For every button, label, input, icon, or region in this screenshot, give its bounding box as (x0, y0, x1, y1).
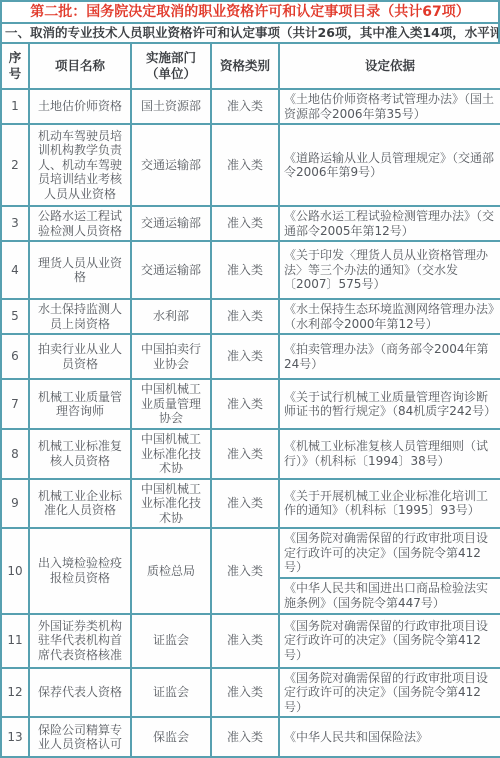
cell-basis: 《土地估价师资格考试管理办法》（国土资源部令2006年第35号） (279, 89, 500, 124)
cell-serial-no: 10 (1, 528, 29, 614)
table-row: 13保险公司精算专业人员资格认可保监会准入类《中华人民共和国保险法》 (1, 717, 500, 757)
cell-category: 准入类 (211, 717, 279, 757)
table-row: 8机械工业标准复核人员资格中国机械工业标准化技术协准入类《机械工业标准复核人员管… (1, 429, 500, 479)
cell-basis: 《拍卖管理办法》（商务部令2004年第24号） (279, 334, 500, 379)
cell-item-name: 保荐代表人资格 (29, 668, 131, 718)
cell-category: 准入类 (211, 479, 279, 529)
cell-item-name: 机动车驾驶员培训机构教学负责人、机动车驾驶员培训结业考核人员从业资格 (29, 124, 131, 206)
cell-serial-no: 4 (1, 241, 29, 299)
document-page: 第二批：国务院决定取消的职业资格许可和认定事项目录（共计67项） 一、取消的专业… (0, 0, 500, 758)
table-row: 11外国证券类机构驻华代表机构首席代表资格核准证监会准入类《国务院对确需保留的行… (1, 614, 500, 668)
cell-department: 质检总局 (131, 528, 211, 614)
table-row: 2机动车驾驶员培训机构教学负责人、机动车驾驶员培训结业考核人员从业资格交通运输部… (1, 124, 500, 206)
cell-item-name: 理货人员从业资格 (29, 241, 131, 299)
table-body: 1土地估价师资格国土资源部准入类《土地估价师资格考试管理办法》（国土资源部令20… (1, 89, 500, 757)
cell-basis: 《国务院对确需保留的行政审批项目设定行政许可的决定》（国务院令第412号） (279, 528, 500, 578)
cell-serial-no: 8 (1, 429, 29, 479)
table-row: 6拍卖行业从业人员资格中国拍卖行业协会准入类《拍卖管理办法》（商务部令2004年… (1, 334, 500, 379)
cell-serial-no: 6 (1, 334, 29, 379)
cell-item-name: 出入境检验检疫报检员资格 (29, 528, 131, 614)
cell-category: 准入类 (211, 528, 279, 614)
col-header-serial-no: 序号 (1, 43, 29, 89)
cell-item-name: 水土保持监测人员上岗资格 (29, 299, 131, 334)
cell-serial-no: 3 (1, 206, 29, 241)
cell-item-name: 机械工业企业标准化人员资格 (29, 479, 131, 529)
cell-item-name: 外国证券类机构驻华代表机构首席代表资格核准 (29, 614, 131, 668)
cell-category: 准入类 (211, 429, 279, 479)
cell-department: 证监会 (131, 668, 211, 718)
col-header-department: 实施部门（单位） (131, 43, 211, 89)
col-header-category: 资格类别 (211, 43, 279, 89)
cell-basis: 《中华人民共和国保险法》 (279, 717, 500, 757)
cell-basis: 《关于开展机械工业企业标准化培训工作的通知》（机科标〔1995〕93号） (279, 479, 500, 529)
cell-serial-no: 2 (1, 124, 29, 206)
cell-serial-no: 1 (1, 89, 29, 124)
cell-department: 交通运输部 (131, 124, 211, 206)
cell-department: 国土资源部 (131, 89, 211, 124)
table-row: 4理货人员从业资格交通运输部准入类《关于印发〈理货人员从业资格管理办法〉等三个办… (1, 241, 500, 299)
cell-basis: 《水土保持生态环境监测网络管理办法》（水利部令2000年第12号） (279, 299, 500, 334)
table-header: 序号 项目名称 实施部门（单位） 资格类别 设定依据 (1, 43, 500, 89)
cell-department: 中国机械工业标准化技术协 (131, 479, 211, 529)
cell-serial-no: 13 (1, 717, 29, 757)
cell-basis: 《公路水运工程试验检测管理办法》（交通部令2005年第12号） (279, 206, 500, 241)
cell-item-name: 机械工业标准复核人员资格 (29, 429, 131, 479)
cell-item-name: 机械工业质量管理咨询师 (29, 379, 131, 429)
table-row: 10出入境检验检疫报检员资格质检总局准入类《国务院对确需保留的行政审批项目设定行… (1, 528, 500, 578)
cell-category: 准入类 (211, 206, 279, 241)
header-row: 序号 项目名称 实施部门（单位） 资格类别 设定依据 (1, 43, 500, 89)
cell-category: 准入类 (211, 124, 279, 206)
cell-category: 准入类 (211, 379, 279, 429)
cell-item-name: 拍卖行业从业人员资格 (29, 334, 131, 379)
table-row: 1土地估价师资格国土资源部准入类《土地估价师资格考试管理办法》（国土资源部令20… (1, 89, 500, 124)
cell-category: 准入类 (211, 89, 279, 124)
cell-category: 准入类 (211, 299, 279, 334)
cell-basis: 《国务院对确需保留的行政审批项目设定行政许可的决定》（国务院令第412号） (279, 614, 500, 668)
cell-item-name: 公路水运工程试验检测人员资格 (29, 206, 131, 241)
cell-department: 交通运输部 (131, 206, 211, 241)
col-header-basis: 设定依据 (279, 43, 500, 89)
cell-item-name: 土地估价师资格 (29, 89, 131, 124)
cell-category: 准入类 (211, 334, 279, 379)
section-heading: 一、取消的专业技术人员职业资格许可和认定事项（共计26项，其中准入类14项，水平… (0, 22, 500, 42)
cell-serial-no: 12 (1, 668, 29, 718)
table-row: 9机械工业企业标准化人员资格中国机械工业标准化技术协准入类《关于开展机械工业企业… (1, 479, 500, 529)
table-row: 7机械工业质量管理咨询师中国机械工业质量管理协会准入类《关于试行机械工业质量管理… (1, 379, 500, 429)
cell-basis: 《道路运输从业人员管理规定》（交通部令2006年第9号） (279, 124, 500, 206)
col-header-item-name: 项目名称 (29, 43, 131, 89)
cell-basis: 《机械工业标准复核人员管理细则（试行）》（机科标〔1994〕38号） (279, 429, 500, 479)
cell-serial-no: 7 (1, 379, 29, 429)
table-row: 3公路水运工程试验检测人员资格交通运输部准入类《公路水运工程试验检测管理办法》（… (1, 206, 500, 241)
cell-category: 准入类 (211, 614, 279, 668)
cell-basis: 《中华人民共和国进出口商品检验法实施条例》（国务院令第447号） (279, 578, 500, 614)
cell-department: 中国机械工业质量管理协会 (131, 379, 211, 429)
cell-serial-no: 5 (1, 299, 29, 334)
table-row: 5水土保持监测人员上岗资格水利部准入类《水土保持生态环境监测网络管理办法》（水利… (1, 299, 500, 334)
cell-basis: 《国务院对确需保留的行政审批项目设定行政许可的决定》（国务院令第412号） (279, 668, 500, 718)
cell-serial-no: 9 (1, 479, 29, 529)
cell-basis: 《关于试行机械工业质量管理咨询诊断师证书的暂行规定》（84机质字242号） (279, 379, 500, 429)
cell-category: 准入类 (211, 668, 279, 718)
cell-item-name: 保险公司精算专业人员资格认可 (29, 717, 131, 757)
cell-department: 中国拍卖行业协会 (131, 334, 211, 379)
qualifications-table: 序号 项目名称 实施部门（单位） 资格类别 设定依据 1土地估价师资格国土资源部… (0, 42, 500, 758)
cell-department: 水利部 (131, 299, 211, 334)
document-title: 第二批：国务院决定取消的职业资格许可和认定事项目录（共计67项） (0, 0, 500, 22)
cell-department: 保监会 (131, 717, 211, 757)
cell-department: 证监会 (131, 614, 211, 668)
table-row: 12保荐代表人资格证监会准入类《国务院对确需保留的行政审批项目设定行政许可的决定… (1, 668, 500, 718)
cell-category: 准入类 (211, 241, 279, 299)
cell-department: 交通运输部 (131, 241, 211, 299)
cell-department: 中国机械工业标准化技术协 (131, 429, 211, 479)
cell-basis: 《关于印发〈理货人员从业资格管理办法〉等三个办法的通知》（交水发〔2007〕57… (279, 241, 500, 299)
cell-serial-no: 11 (1, 614, 29, 668)
